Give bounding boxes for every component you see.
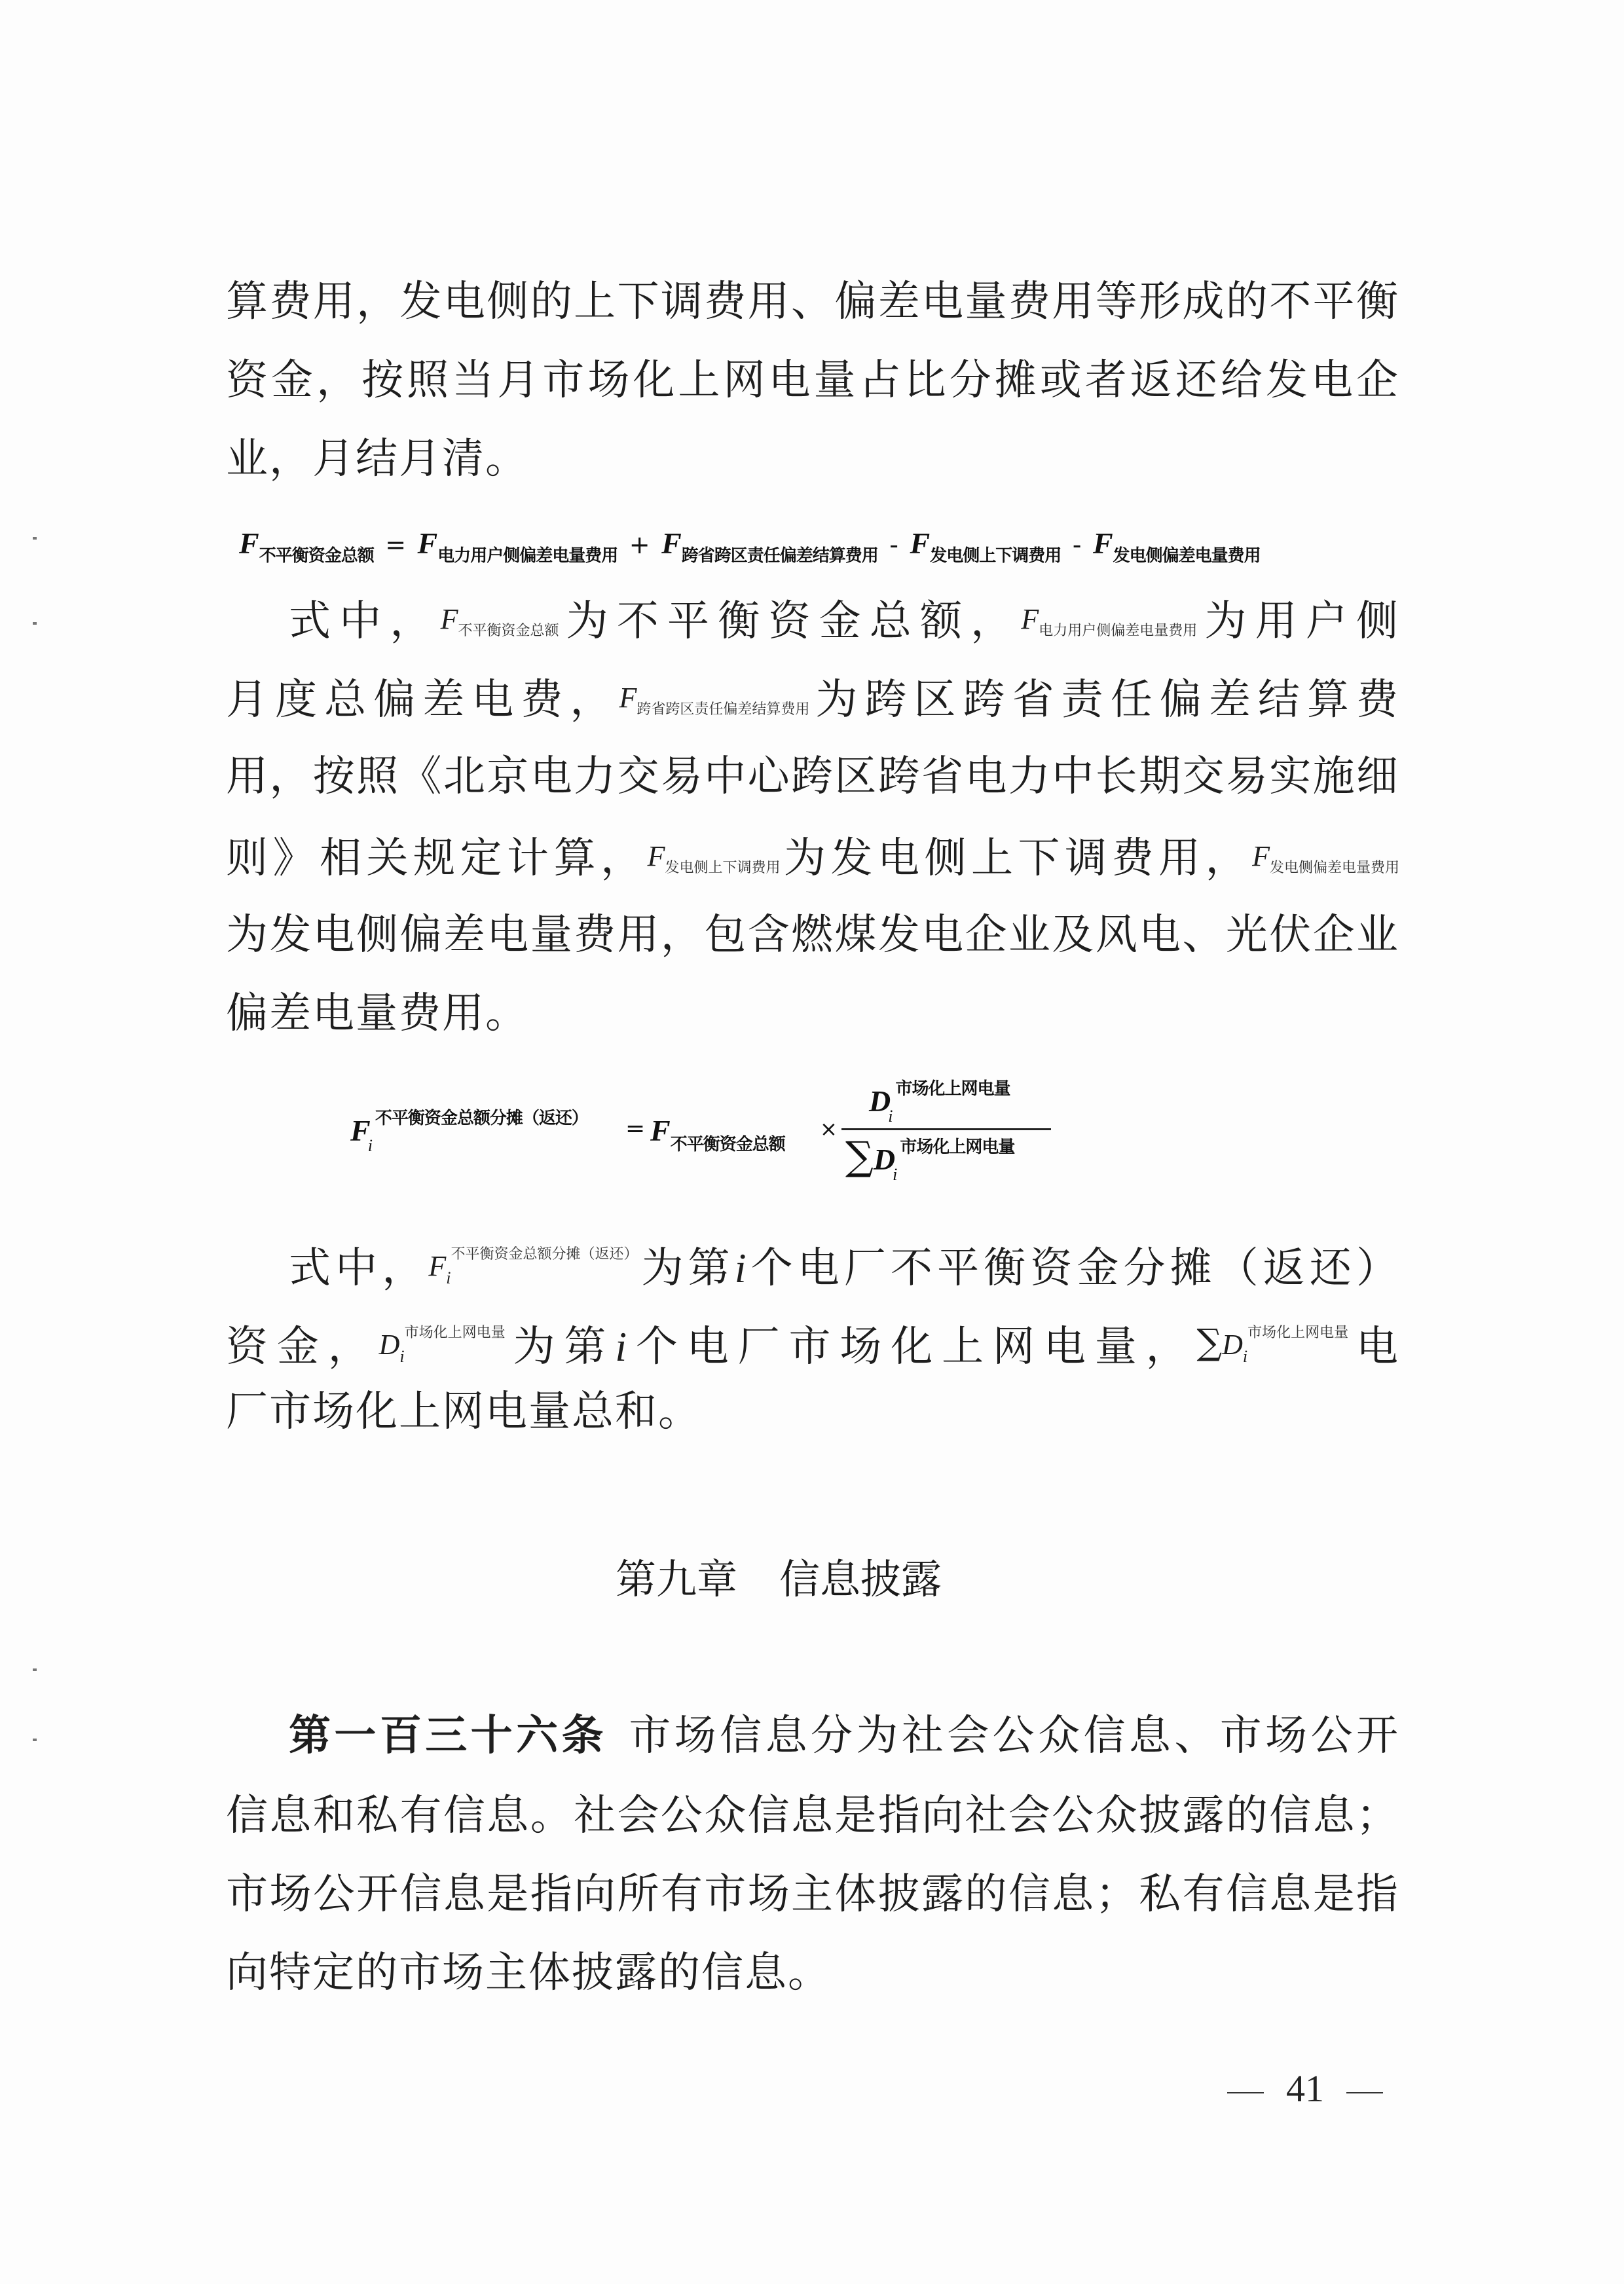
dash-left [1227, 2092, 1264, 2093]
formula-symbol: F [418, 526, 438, 560]
paragraph1-line2: 资金，按照当月市场化上网电量占比分摊或者返还给发电企 [226, 357, 1399, 404]
paragraph2-line6: 偏差电量费用。 [226, 990, 1399, 1037]
article136-line2: 信息和私有信息。社会公众信息是指向社会公众披露的信息； [226, 1792, 1399, 1839]
paragraph3-line2: 资金，Di市场化上网电量为第i个电厂市场化上网电量，∑Di市场化上网电量电 [226, 1310, 1399, 1357]
chapter-title: 信息披露 [779, 1555, 942, 1603]
text: 则》相关规定计算， [226, 834, 648, 883]
inline-variable: F电力用户侧偏差电量费用 [1021, 596, 1197, 655]
inline-variable: Di市场化上网电量 [379, 1310, 506, 1380]
formula-subscript: 发电侧上下调费用 [930, 546, 1061, 566]
text: 资金， [226, 1323, 379, 1371]
formula-subscript: 发电侧偏差电量费用 [1113, 546, 1261, 566]
index-variable: i [735, 1245, 748, 1291]
paragraph2-line5: 为发电侧偏差电量费用，包含燃煤发电企业及风电、光伏企业 [226, 912, 1399, 959]
article136-line3: 市场公开信息是指向所有市场主体披露的信息；私有信息是指 [226, 1871, 1399, 1918]
formula-subscript: 电力用户侧偏差电量费用 [437, 546, 618, 566]
inline-variable: F跨省跨区责任偏差结算费用 [619, 674, 809, 733]
text: 式中， [289, 1244, 428, 1293]
text: 为不平衡资金总额， [559, 597, 1021, 646]
index-variable: i [615, 1323, 628, 1370]
page-number-value: 41 [1286, 2067, 1324, 2110]
text: 为跨区跨省责任偏差结算费 [809, 676, 1399, 724]
times-sign: × [820, 1116, 838, 1141]
scan-mark [33, 1739, 37, 1741]
paragraph2-line4: 则》相关规定计算，F发电侧上下调费用为发电侧上下调费用，F发电侧偏差电量费用 [226, 833, 1399, 880]
formula-subscript: 不平衡资金总额 [259, 546, 374, 566]
inline-variable: Fi不平衡资金总额分摊（返还） [428, 1231, 638, 1302]
inline-variable: F发电侧上下调费用 [648, 833, 781, 892]
text: 个电厂不平衡资金分摊（返还） [748, 1244, 1399, 1293]
inline-variable: ∑Di市场化上网电量 [1197, 1310, 1349, 1380]
inline-variable: F发电侧偏差电量费用 [1252, 833, 1399, 892]
formula-subscript: 跨省跨区责任偏差结算费用 [682, 546, 878, 566]
inline-variable: F不平衡资金总额 [441, 596, 559, 655]
paragraph3-line3: 厂市场化上网电量总和。 [226, 1388, 1399, 1435]
article-label: 第一百三十六条 [289, 1712, 607, 1760]
page-number: 41 [1205, 2063, 1405, 2115]
scan-mark [33, 537, 37, 540]
formula-symbol: F [910, 526, 931, 560]
plus-sign: + [629, 530, 650, 559]
scan-mark [33, 622, 37, 625]
paragraph1-line1: 算费用，发电侧的上下调费用、偏差电量费用等形成的不平衡 [226, 278, 1399, 325]
paragraph3-line1: 式中，Fi不平衡资金总额分摊（返还）为第i个电厂不平衡资金分摊（返还） [226, 1231, 1399, 1278]
equals-sign: = [385, 530, 406, 559]
text: 电 [1348, 1323, 1399, 1371]
minus-sign: - [1073, 530, 1082, 559]
chapter-heading: 第九章信息披露 [616, 1553, 904, 1606]
text: 为第 [638, 1244, 734, 1293]
equals-sign: = [625, 1115, 645, 1142]
fraction-denominator: ∑Di市场化上网电量 [845, 1133, 1014, 1179]
chapter-number: 第九章 [616, 1555, 737, 1603]
text: 为发电侧上下调费用， [781, 834, 1253, 883]
formula-lhs: Fi不平衡资金总额分摊（返还） [350, 1113, 588, 1148]
minus-sign: - [889, 530, 898, 559]
text: 市场信息分为社会公众信息、市场公开 [627, 1712, 1399, 1760]
text: 式中， [289, 597, 441, 646]
fraction: Di市场化上网电量 ∑Di市场化上网电量 [841, 1084, 1051, 1188]
text: 为用户侧 [1197, 597, 1399, 646]
sigma-icon: ∑ [845, 1133, 874, 1179]
formula-imbalance-total: F不平衡资金总额 = F电力用户侧偏差电量费用 + F跨省跨区责任偏差结算费用 … [239, 524, 1261, 570]
sigma-icon: ∑ [1197, 1321, 1223, 1363]
dash-right [1346, 2092, 1383, 2093]
text: 为第 [506, 1323, 616, 1371]
fraction-bar [841, 1128, 1051, 1130]
formula-symbol: F [239, 526, 259, 560]
text: 月度总偏差电费， [226, 676, 619, 724]
paragraph2-line1: 式中，F不平衡资金总额为不平衡资金总额，F电力用户侧偏差电量费用为用户侧 [226, 596, 1399, 643]
paragraph2-line2: 月度总偏差电费，F跨省跨区责任偏差结算费用为跨区跨省责任偏差结算费 [226, 674, 1399, 722]
article136-line1: 第一百三十六条市场信息分为社会公众信息、市场公开 [226, 1712, 1399, 1759]
fraction-numerator: Di市场化上网电量 [869, 1084, 1010, 1118]
formula-symbol: F [1093, 526, 1113, 560]
text: 个电厂市场化上网电量， [628, 1323, 1196, 1371]
paragraph2-line3: 用，按照《北京电力交易中心跨区跨省电力中长期交易实施细 [226, 753, 1399, 800]
article136-line4: 向特定的市场主体披露的信息。 [226, 1949, 1399, 1997]
paragraph1-line3: 业，月结月清。 [226, 435, 1399, 483]
formula-rhs-term: F不平衡资金总额 [650, 1113, 785, 1148]
formula-symbol: F [661, 526, 682, 560]
scan-mark [33, 1668, 37, 1671]
document-page: 算费用，发电侧的上下调费用、偏差电量费用等形成的不平衡 资金，按照当月市场化上网… [0, 0, 1624, 2284]
